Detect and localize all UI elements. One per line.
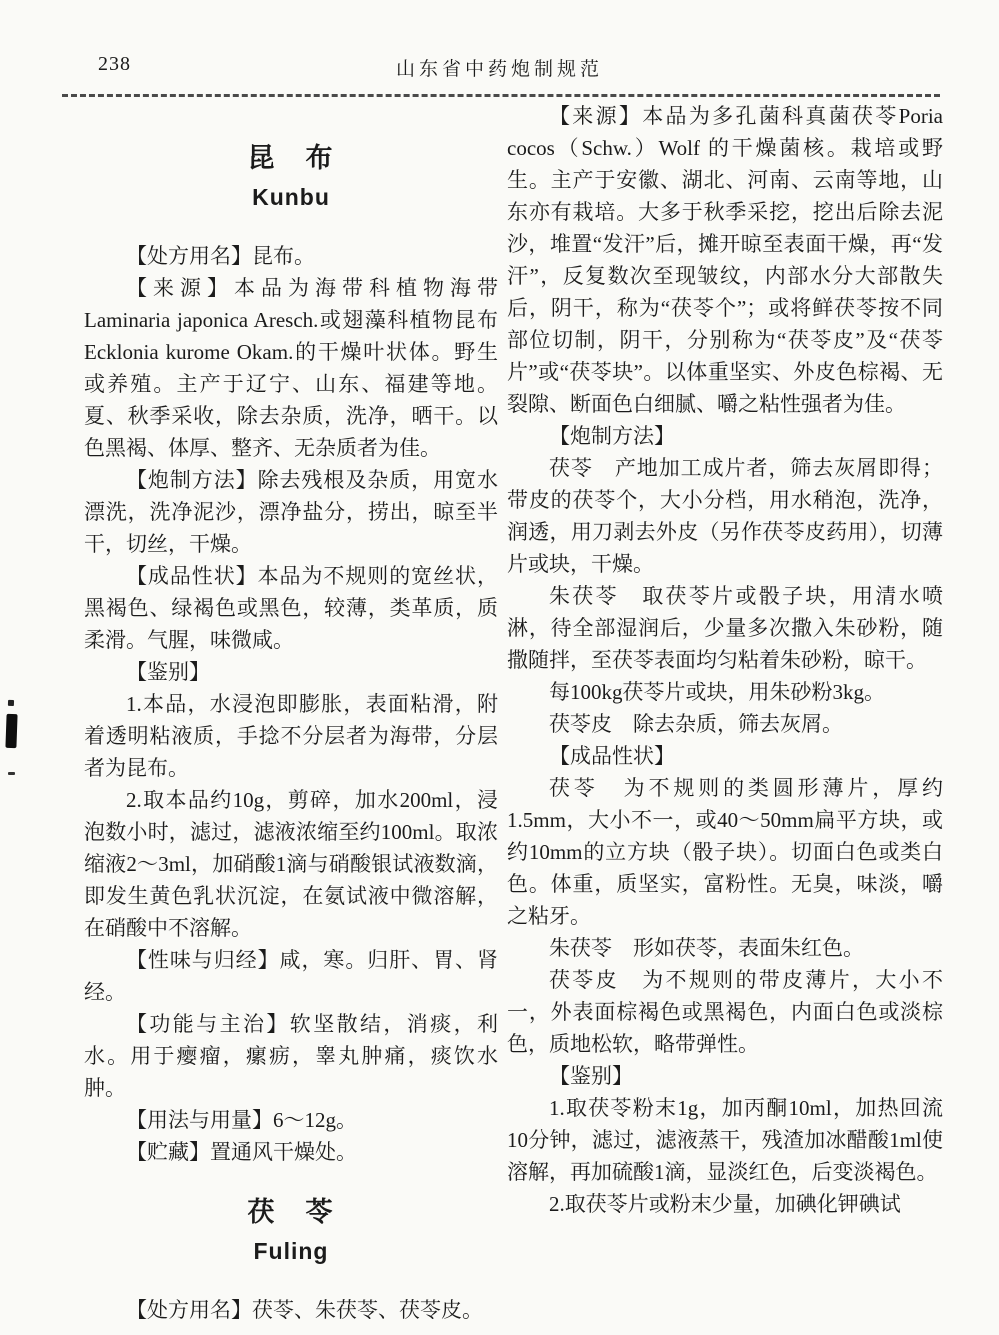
- entry-title-pinyin: Kunbu: [84, 182, 498, 212]
- paragraph: 2.取本品约10g，剪碎，加水200ml，浸泡数小时，滤过，滤液浓缩至约100m…: [84, 784, 498, 944]
- paragraph: 【成品性状】: [507, 740, 943, 772]
- paragraph: 【用法与用量】6～12g。: [84, 1104, 498, 1136]
- paragraph: 【鉴别】: [84, 656, 498, 688]
- paragraph: 茯苓 为不规则的类圆形薄片，厚约1.5mm，大小不一，或40～50mm扁平方块，…: [507, 772, 943, 932]
- paragraph: 茯苓 产地加工成片者，筛去灰屑即得；带皮的茯苓个，大小分档，用水稍泡，洗净，润透…: [507, 452, 943, 580]
- paragraph: 茯苓皮 为不规则的带皮薄片，大小不一，外表面棕褐色或黑褐色，内面白色或淡棕色，质…: [507, 964, 943, 1060]
- left-text-column: 昆 布Kunbu【处方用名】昆布。【来源】本品为海带科植物海带Laminaria…: [84, 128, 498, 1326]
- entry-title-cn: 昆 布: [84, 140, 498, 176]
- paragraph: 朱茯苓 形如茯苓，表面朱红色。: [507, 932, 943, 964]
- paragraph: 【来源】本品为海带科植物海带Laminaria japonica Aresch.…: [84, 272, 498, 464]
- paragraph: 1.取茯苓粉末1g，加丙酮10ml，加热回流10分钟，滤过，滤液蒸干，残渣加冰醋…: [507, 1092, 943, 1188]
- paragraph: 【功能与主治】软坚散结，消痰，利水。用于瘿瘤，瘰疬，睾丸肿痛，痰饮水肿。: [84, 1008, 498, 1104]
- running-head-title: 山东省中药炮制规范: [0, 54, 999, 81]
- paragraph: 【处方用名】茯苓、朱茯苓、茯苓皮。: [84, 1294, 498, 1326]
- paragraph: 【处方用名】昆布。: [84, 240, 498, 272]
- paragraph: 茯苓皮 除去杂质，筛去灰屑。: [507, 708, 943, 740]
- scanned-book-page: 238 山东省中药炮制规范 昆 布Kunbu【处方用名】昆布。【来源】本品为海带…: [0, 0, 999, 1335]
- header-divider-rule: [62, 94, 940, 97]
- paragraph: 【成品性状】本品为不规则的宽丝状，黑褐色、绿褐色或黑色，较薄，类革质，质柔滑。气…: [84, 560, 498, 656]
- paragraph: 【炮制方法】除去残根及杂质，用宽水漂洗，洗净泥沙，漂净盐分，捞出，晾至半干，切丝…: [84, 464, 498, 560]
- margin-ink-smudge: [5, 714, 17, 748]
- paragraph: 【来源】本品为多孔菌科真菌茯苓Poria cocos（Schw.）Wolf 的干…: [507, 100, 943, 420]
- paragraph: 每100kg茯苓片或块，用朱砂粉3kg。: [507, 676, 943, 708]
- right-text-column: 【来源】本品为多孔菌科真菌茯苓Poria cocos（Schw.）Wolf 的干…: [507, 100, 943, 1220]
- paragraph: 【性味与归经】咸，寒。归肝、胃、肾经。: [84, 944, 498, 1008]
- paragraph: 【炮制方法】: [507, 420, 943, 452]
- paragraph: 【鉴别】: [507, 1060, 943, 1092]
- entry-title-pinyin: Fuling: [84, 1236, 498, 1266]
- margin-ink-dot: [8, 772, 15, 775]
- paragraph: 【贮藏】置通风干燥处。: [84, 1136, 498, 1168]
- paragraph: 朱茯苓 取茯苓片或骰子块，用清水喷淋，待全部湿润后，少量多次撒入朱砂粉，随撒随拌…: [507, 580, 943, 676]
- paragraph: 1.本品，水浸泡即膨胀，表面粘滑，附着透明粘液质，手捻不分层者为海带，分层者为昆…: [84, 688, 498, 784]
- paragraph: 2.取茯苓片或粉末少量，加碘化钾碘试: [507, 1188, 943, 1220]
- entry-title-cn: 茯 苓: [84, 1194, 498, 1230]
